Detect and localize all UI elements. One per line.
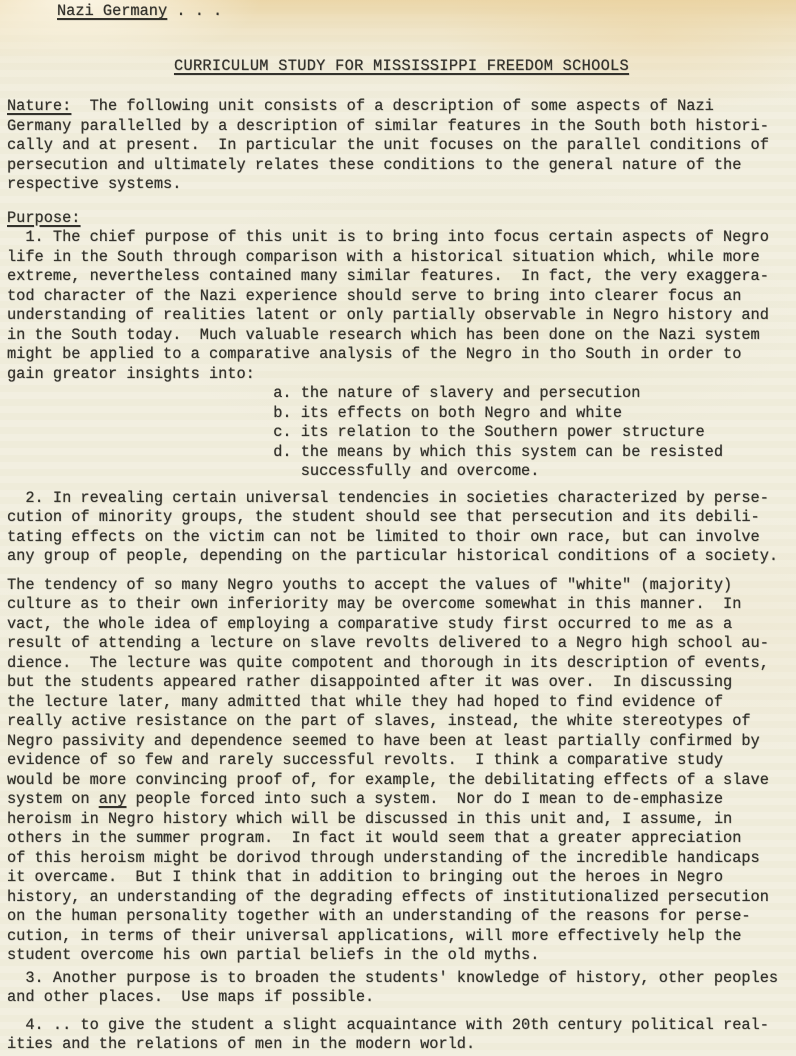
header-dots: . . . — [167, 2, 222, 20]
tendency-text-before: The tendency of so many Negro youths to … — [7, 576, 769, 809]
nature-text: The following unit consists of a descrip… — [7, 97, 769, 193]
document-page: Nazi Germany . . . CURRICULUM STUDY FOR … — [0, 0, 796, 1056]
purpose-item-3: 3. Another purpose is to broaden the stu… — [7, 969, 796, 1008]
purpose-item-3-text: 3. Another purpose is to broaden the stu… — [7, 969, 778, 1007]
document-title-text: CURRICULUM STUDY FOR MISSISSIPPI FREEDOM… — [174, 57, 629, 75]
page-header: Nazi Germany . . . — [57, 2, 796, 22]
purpose-item-4: 4. .. to give the student a slight acqua… — [7, 1016, 796, 1055]
purpose-section: Purpose: 1. The chief purpose of this un… — [7, 209, 796, 482]
tendency-text-after: people forced into such a system. Nor do… — [7, 790, 769, 964]
document-title: CURRICULUM STUDY FOR MISSISSIPPI FREEDOM… — [7, 57, 796, 77]
purpose-item-1: 1. The chief purpose of this unit is to … — [7, 228, 769, 480]
nature-label: Nature: — [7, 97, 71, 115]
tendency-paragraph: The tendency of so many Negro youths to … — [7, 576, 796, 966]
purpose-item-2-text: 2. In revealing certain universal tenden… — [7, 489, 778, 566]
purpose-item-2: 2. In revealing certain universal tenden… — [7, 489, 796, 567]
tendency-emphasis-any: any — [99, 790, 127, 808]
document-content: Nazi Germany . . . CURRICULUM STUDY FOR … — [0, 0, 796, 1055]
purpose-item-4-text: 4. .. to give the student a slight acqua… — [7, 1016, 769, 1054]
header-title: Nazi Germany — [57, 2, 167, 20]
purpose-label: Purpose: — [7, 209, 80, 227]
nature-paragraph: Nature: The following unit consists of a… — [7, 97, 796, 195]
